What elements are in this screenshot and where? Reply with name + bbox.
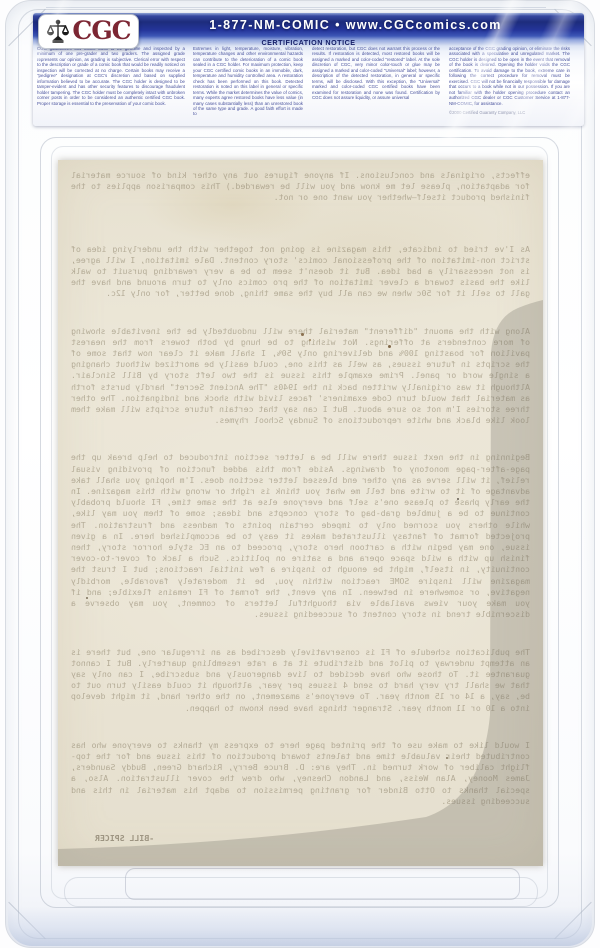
balance-scale-icon: [46, 19, 70, 45]
hotline-text: 1-877-NM-COMIC • www.CGCcomics.com: [139, 18, 572, 32]
well-molding-line-2: [64, 877, 538, 907]
certification-label: 1-877-NM-COMIC • www.CGCcomics.com CERTI…: [33, 13, 584, 126]
comic-page: effects, originals and conclusions. If a…: [58, 160, 543, 866]
notice-column-4: acceptance of the CGC grading opinion, o…: [449, 46, 570, 106]
notice-column-2: Extremes in light, temperature, moisture…: [193, 46, 303, 117]
bleed-paragraph: Beginning in the next issue there will b…: [71, 452, 530, 620]
copyright-text: ©2000 Certified Guaranty Company, LLC: [449, 110, 525, 115]
foxing-spot: [457, 498, 459, 500]
foxing-spot: [446, 757, 448, 759]
cgc-logo: CGC: [38, 14, 139, 49]
foxing-spot: [86, 597, 88, 599]
slab-reflection-line: [46, 7, 546, 8]
bleed-paragraph: As I've tried to indicate, this magazine…: [71, 244, 530, 300]
foxing-spot: [388, 345, 391, 348]
notice-column-3: detect restoration, but CGC does not war…: [312, 46, 440, 101]
cgc-slab-photo: effects, originals and conclusions. If a…: [0, 0, 600, 948]
bottom-edge-tint: [8, 906, 592, 946]
notice-column-1: CGC guarantees this comic book to be gen…: [37, 46, 185, 106]
bleed-paragraph: effects, originals and conclusions. If a…: [71, 170, 530, 204]
cgc-logo-text: CGC: [72, 18, 130, 43]
bleed-paragraph: The publication schedule of FI is conser…: [71, 647, 530, 714]
bleed-paragraph: Along with the amount "different" materi…: [71, 326, 530, 427]
bleed-through-text: effects, originals and conclusions. If a…: [71, 170, 530, 844]
foxing-spot: [309, 339, 311, 341]
foxing-spot: [301, 333, 304, 336]
